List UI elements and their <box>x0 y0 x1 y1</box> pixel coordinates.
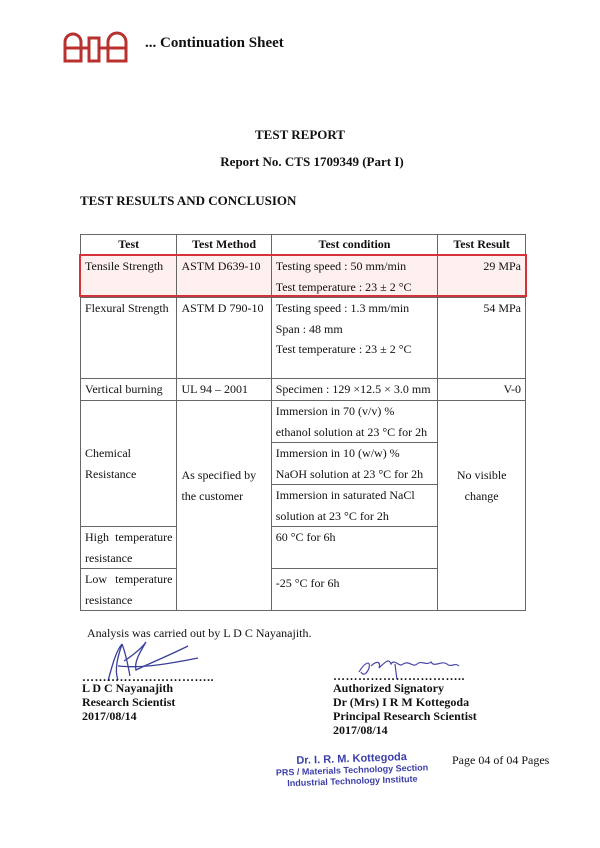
section-heading: TEST RESULTS AND CONCLUSION <box>80 193 296 209</box>
table-row-tensile: Tensile Strength ASTM D639-10 Testing sp… <box>81 256 526 298</box>
iti-logo-icon <box>62 28 130 64</box>
cell-test-low-temp: Low temperature resistance <box>81 569 177 611</box>
report-title: TEST REPORT <box>0 127 600 143</box>
cell-test-chemical: Chemical Resistance <box>81 401 177 527</box>
cell-method: ASTM D 790-10 <box>177 298 271 379</box>
cell-result: 29 MPa <box>438 256 526 298</box>
signatory-2-date: 2017/08/14 <box>333 723 477 737</box>
table-row-vertical-burning: Vertical burning UL 94 – 2001 Specimen :… <box>81 379 526 401</box>
cell-condition-low-temp: -25 °C for 6h <box>271 569 438 611</box>
header-test: Test <box>81 235 177 256</box>
cell-condition: Testing speed : 50 mm/min Test temperatu… <box>271 256 438 298</box>
header-test-result: Test Result <box>438 235 526 256</box>
table-row-chemical-1: Chemical Resistance As specified by the … <box>81 401 526 443</box>
cell-result: 54 MPa <box>438 298 526 379</box>
cell-method: UL 94 – 2001 <box>177 379 271 401</box>
cell-condition-high-temp: 60 °C for 6h <box>271 527 438 569</box>
cell-test: Tensile Strength <box>81 256 177 298</box>
table-row-flexural: Flexural Strength ASTM D 790-10 Testing … <box>81 298 526 379</box>
cell-result-shared: No visible change <box>438 401 526 611</box>
continuation-sheet-title: ... Continuation Sheet <box>145 35 284 52</box>
signatory-1-date: 2017/08/14 <box>82 709 175 723</box>
cell-condition-ethanol: Immersion in 70 (v/v) % ethanol solution… <box>271 401 438 443</box>
official-stamp: Dr. I. R. M. Kottegoda PRS / Materials T… <box>271 750 432 790</box>
signatory-1-name: L D C Nayanajith <box>82 681 175 695</box>
signatory-2-title: Principal Research Scientist <box>333 709 477 723</box>
cell-method: ASTM D639-10 <box>177 256 271 298</box>
cell-condition: Specimen : 129 ×12.5 × 3.0 mm <box>271 379 438 401</box>
cell-method-shared: As specified by the customer <box>177 401 271 611</box>
signatory-1-title: Research Scientist <box>82 695 175 709</box>
header-test-method: Test Method <box>177 235 271 256</box>
cell-condition-naoh: Immersion in 10 (w/w) % NaOH solution at… <box>271 443 438 485</box>
signatory-2-name: Dr (Mrs) I R M Kottegoda <box>333 695 477 709</box>
header-test-condition: Test condition <box>271 235 438 256</box>
cell-result: V-0 <box>438 379 526 401</box>
results-table: Test Test Method Test condition Test Res… <box>80 234 526 611</box>
page-number: Page 04 of 04 Pages <box>452 753 549 768</box>
signatory-2-role: Authorized Signatory <box>333 681 477 695</box>
cell-condition: Testing speed : 1.3 mm/min Span : 48 mm … <box>271 298 438 379</box>
table-header-row: Test Test Method Test condition Test Res… <box>81 235 526 256</box>
cell-condition-nacl: Immersion in saturated NaCl solution at … <box>271 485 438 527</box>
signatory-2-block: Authorized Signatory Dr (Mrs) I R M Kott… <box>333 681 477 737</box>
cell-test: Flexural Strength <box>81 298 177 379</box>
cell-test: Vertical burning <box>81 379 177 401</box>
cell-test-high-temp: High temperature resistance <box>81 527 177 569</box>
signatory-1-block: L D C Nayanajith Research Scientist 2017… <box>82 681 175 723</box>
report-number: Report No. CTS 1709349 (Part I) <box>0 154 600 170</box>
